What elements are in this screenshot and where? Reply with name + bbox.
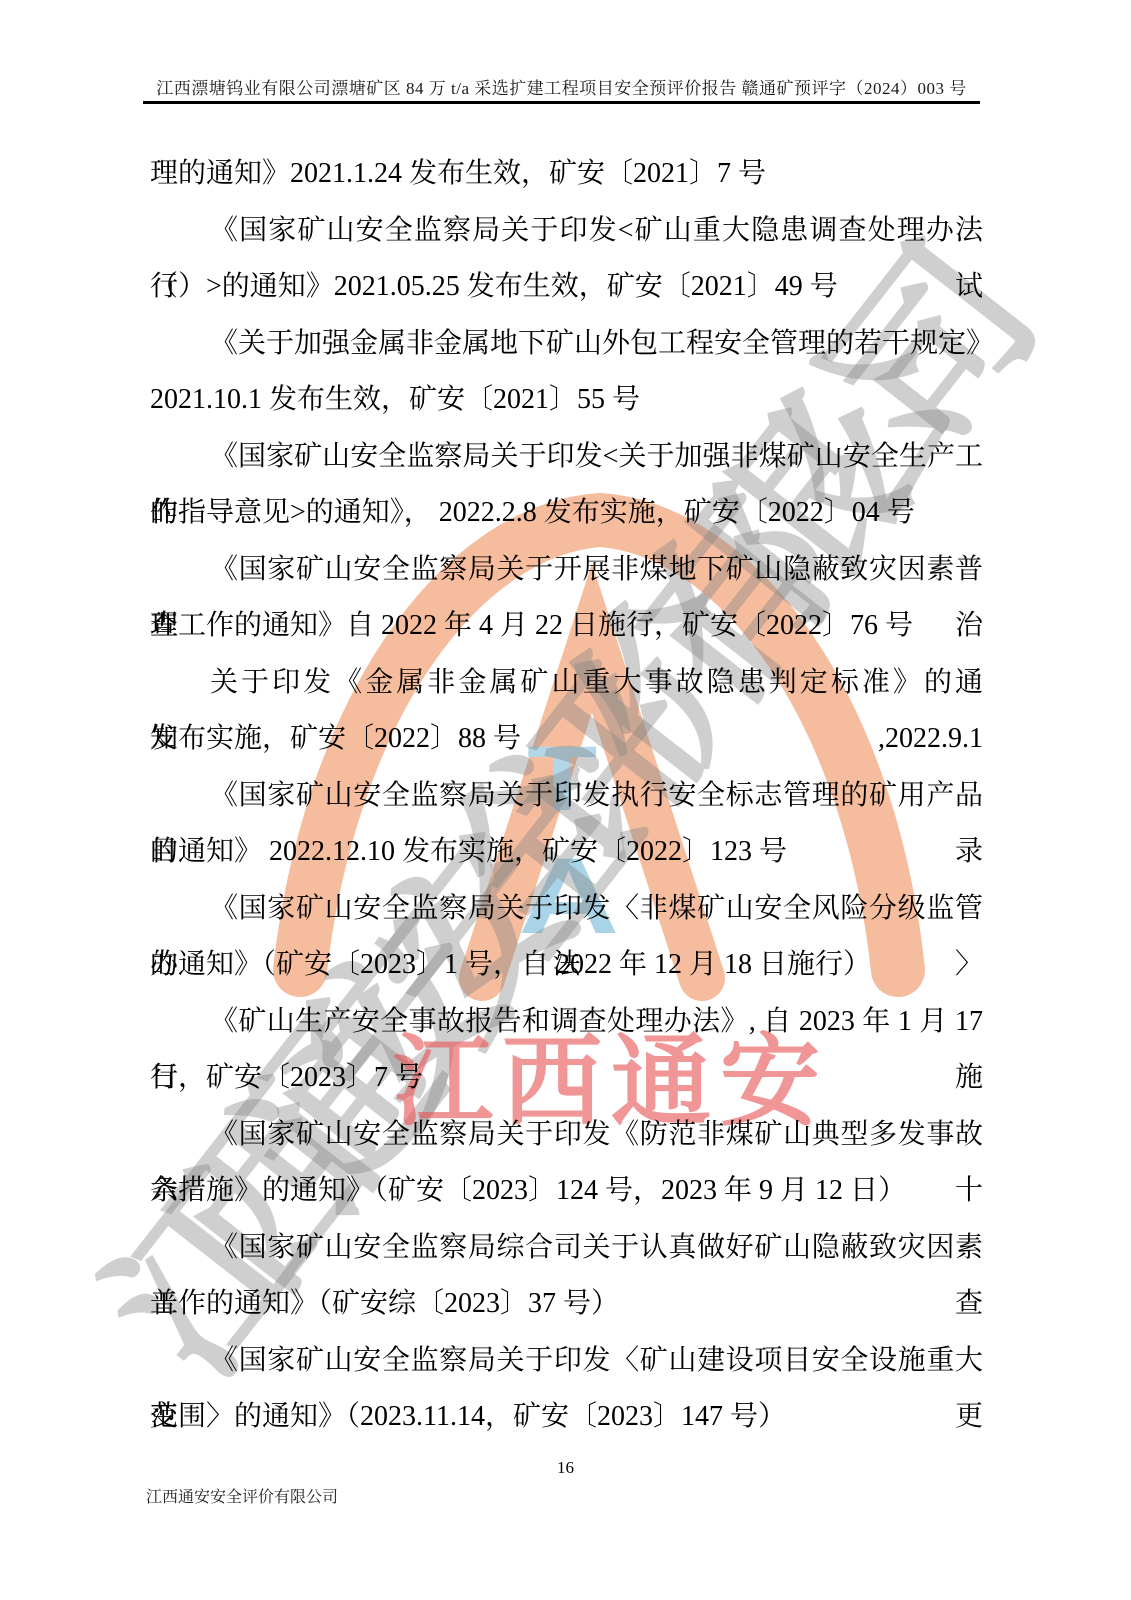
footer-company: 江西通安安全评价有限公司 [146,1484,338,1507]
document-page: 江西漂塘钨业有限公司漂塘矿区 84 万 t/a 采选扩建工程项目安全预评价报告 … [0,0,1131,1600]
body-line: 《国家矿山安全监察局综合司关于认真做好矿山隐蔽致灾因素普查 [150,1220,983,1277]
document-body: 理的通知》2021.1.24 发布生效，矿安〔2021〕7 号 《国家矿山安全监… [150,146,983,1446]
body-line: 《国家矿山安全监察局关于印发《防范非煤矿山典型多发事故六十 [150,1107,983,1164]
body-line: 《国家矿山安全监察局关于印发<矿山重大隐患调查处理办法（试 [150,203,983,260]
body-line: 的通知》（矿安〔2023〕1 号，自 2022 年 12 月 18 日施行） [150,937,983,994]
body-line: 《国家矿山安全监察局关于印发<关于加强非煤矿山安全生产工作 [150,429,983,486]
body-line: 《国家矿山安全监察局关于开展非煤地下矿山隐蔽致灾因素普查治 [150,542,983,599]
body-line: 《国家矿山安全监察局关于印发〈矿山建设项目安全设施重大变更 [150,1333,983,1390]
body-line: 理工作的通知》自 2022 年 4 月 22 日施行，矿安〔2022〕76 号 [150,598,983,655]
body-line: 条措施》的通知》（矿安〔2023〕124 号，2023 年 9 月 12 日） [150,1163,983,1220]
page-number: 16 [0,1458,1131,1478]
body-line: 2021.10.1 发布生效，矿安〔2021〕55 号 [150,372,983,429]
page-header: 江西漂塘钨业有限公司漂塘矿区 84 万 t/a 采选扩建工程项目安全预评价报告 … [143,74,980,99]
body-line: 《国家矿山安全监察局关于印发〈非煤矿山安全风险分级监管办法〉 [150,881,983,938]
body-line: 《矿山生产安全事故报告和调查处理办法》, 自 2023 年 1 月 17 日施 [150,994,983,1051]
body-line: 的指导意见>的通知》， 2022.2.8 发布实施，矿安〔2022〕04 号 [150,485,983,542]
body-line: 理的通知》2021.1.24 发布生效，矿安〔2021〕7 号 [150,146,983,203]
body-line: 关于印发《金属非金属矿山重大事故隐患判定标准》的通知,2022.9.1 [150,655,983,712]
header-rule [143,101,980,104]
body-line: 《关于加强金属非金属地下矿山外包工程安全管理的若干规定》 [150,316,983,373]
body-line: 《国家矿山安全监察局关于印发执行安全标志管理的矿用产品目录 [150,768,983,825]
